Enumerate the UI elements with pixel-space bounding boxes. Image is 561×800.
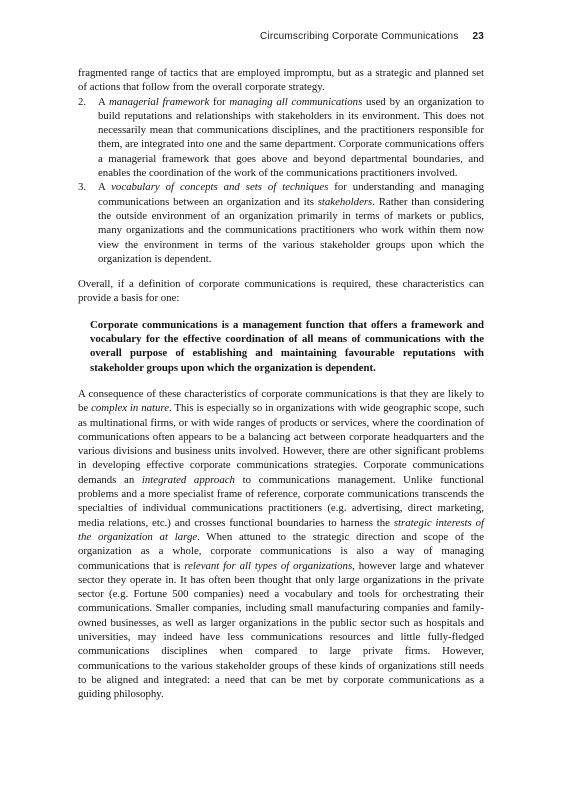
paragraph-consequence: A consequence of these characteristics o… bbox=[78, 387, 484, 702]
page-header: Circumscribing Corporate Communications2… bbox=[260, 31, 484, 42]
paragraph-overall: Overall, if a definition of corporate co… bbox=[78, 277, 484, 306]
page-body: fragmented range of tactics that are emp… bbox=[78, 66, 484, 701]
list-number: 2. bbox=[78, 95, 98, 109]
list-item-2: 2. A managerial framework for managing a… bbox=[78, 95, 484, 181]
definition-blockquote: Corporate communications is a management… bbox=[90, 318, 484, 375]
list-item-text: A vocabulary of concepts and sets of tec… bbox=[98, 180, 484, 266]
list-item-text: A managerial framework for managing all … bbox=[98, 95, 484, 181]
list-item-3: 3. A vocabulary of concepts and sets of … bbox=[78, 180, 484, 266]
list-number: 3. bbox=[78, 180, 98, 194]
running-title: Circumscribing Corporate Communications bbox=[260, 31, 458, 42]
book-page: Circumscribing Corporate Communications2… bbox=[0, 0, 561, 800]
paragraph-item1-continuation: fragmented range of tactics that are emp… bbox=[78, 66, 484, 95]
page-number: 23 bbox=[472, 31, 484, 42]
